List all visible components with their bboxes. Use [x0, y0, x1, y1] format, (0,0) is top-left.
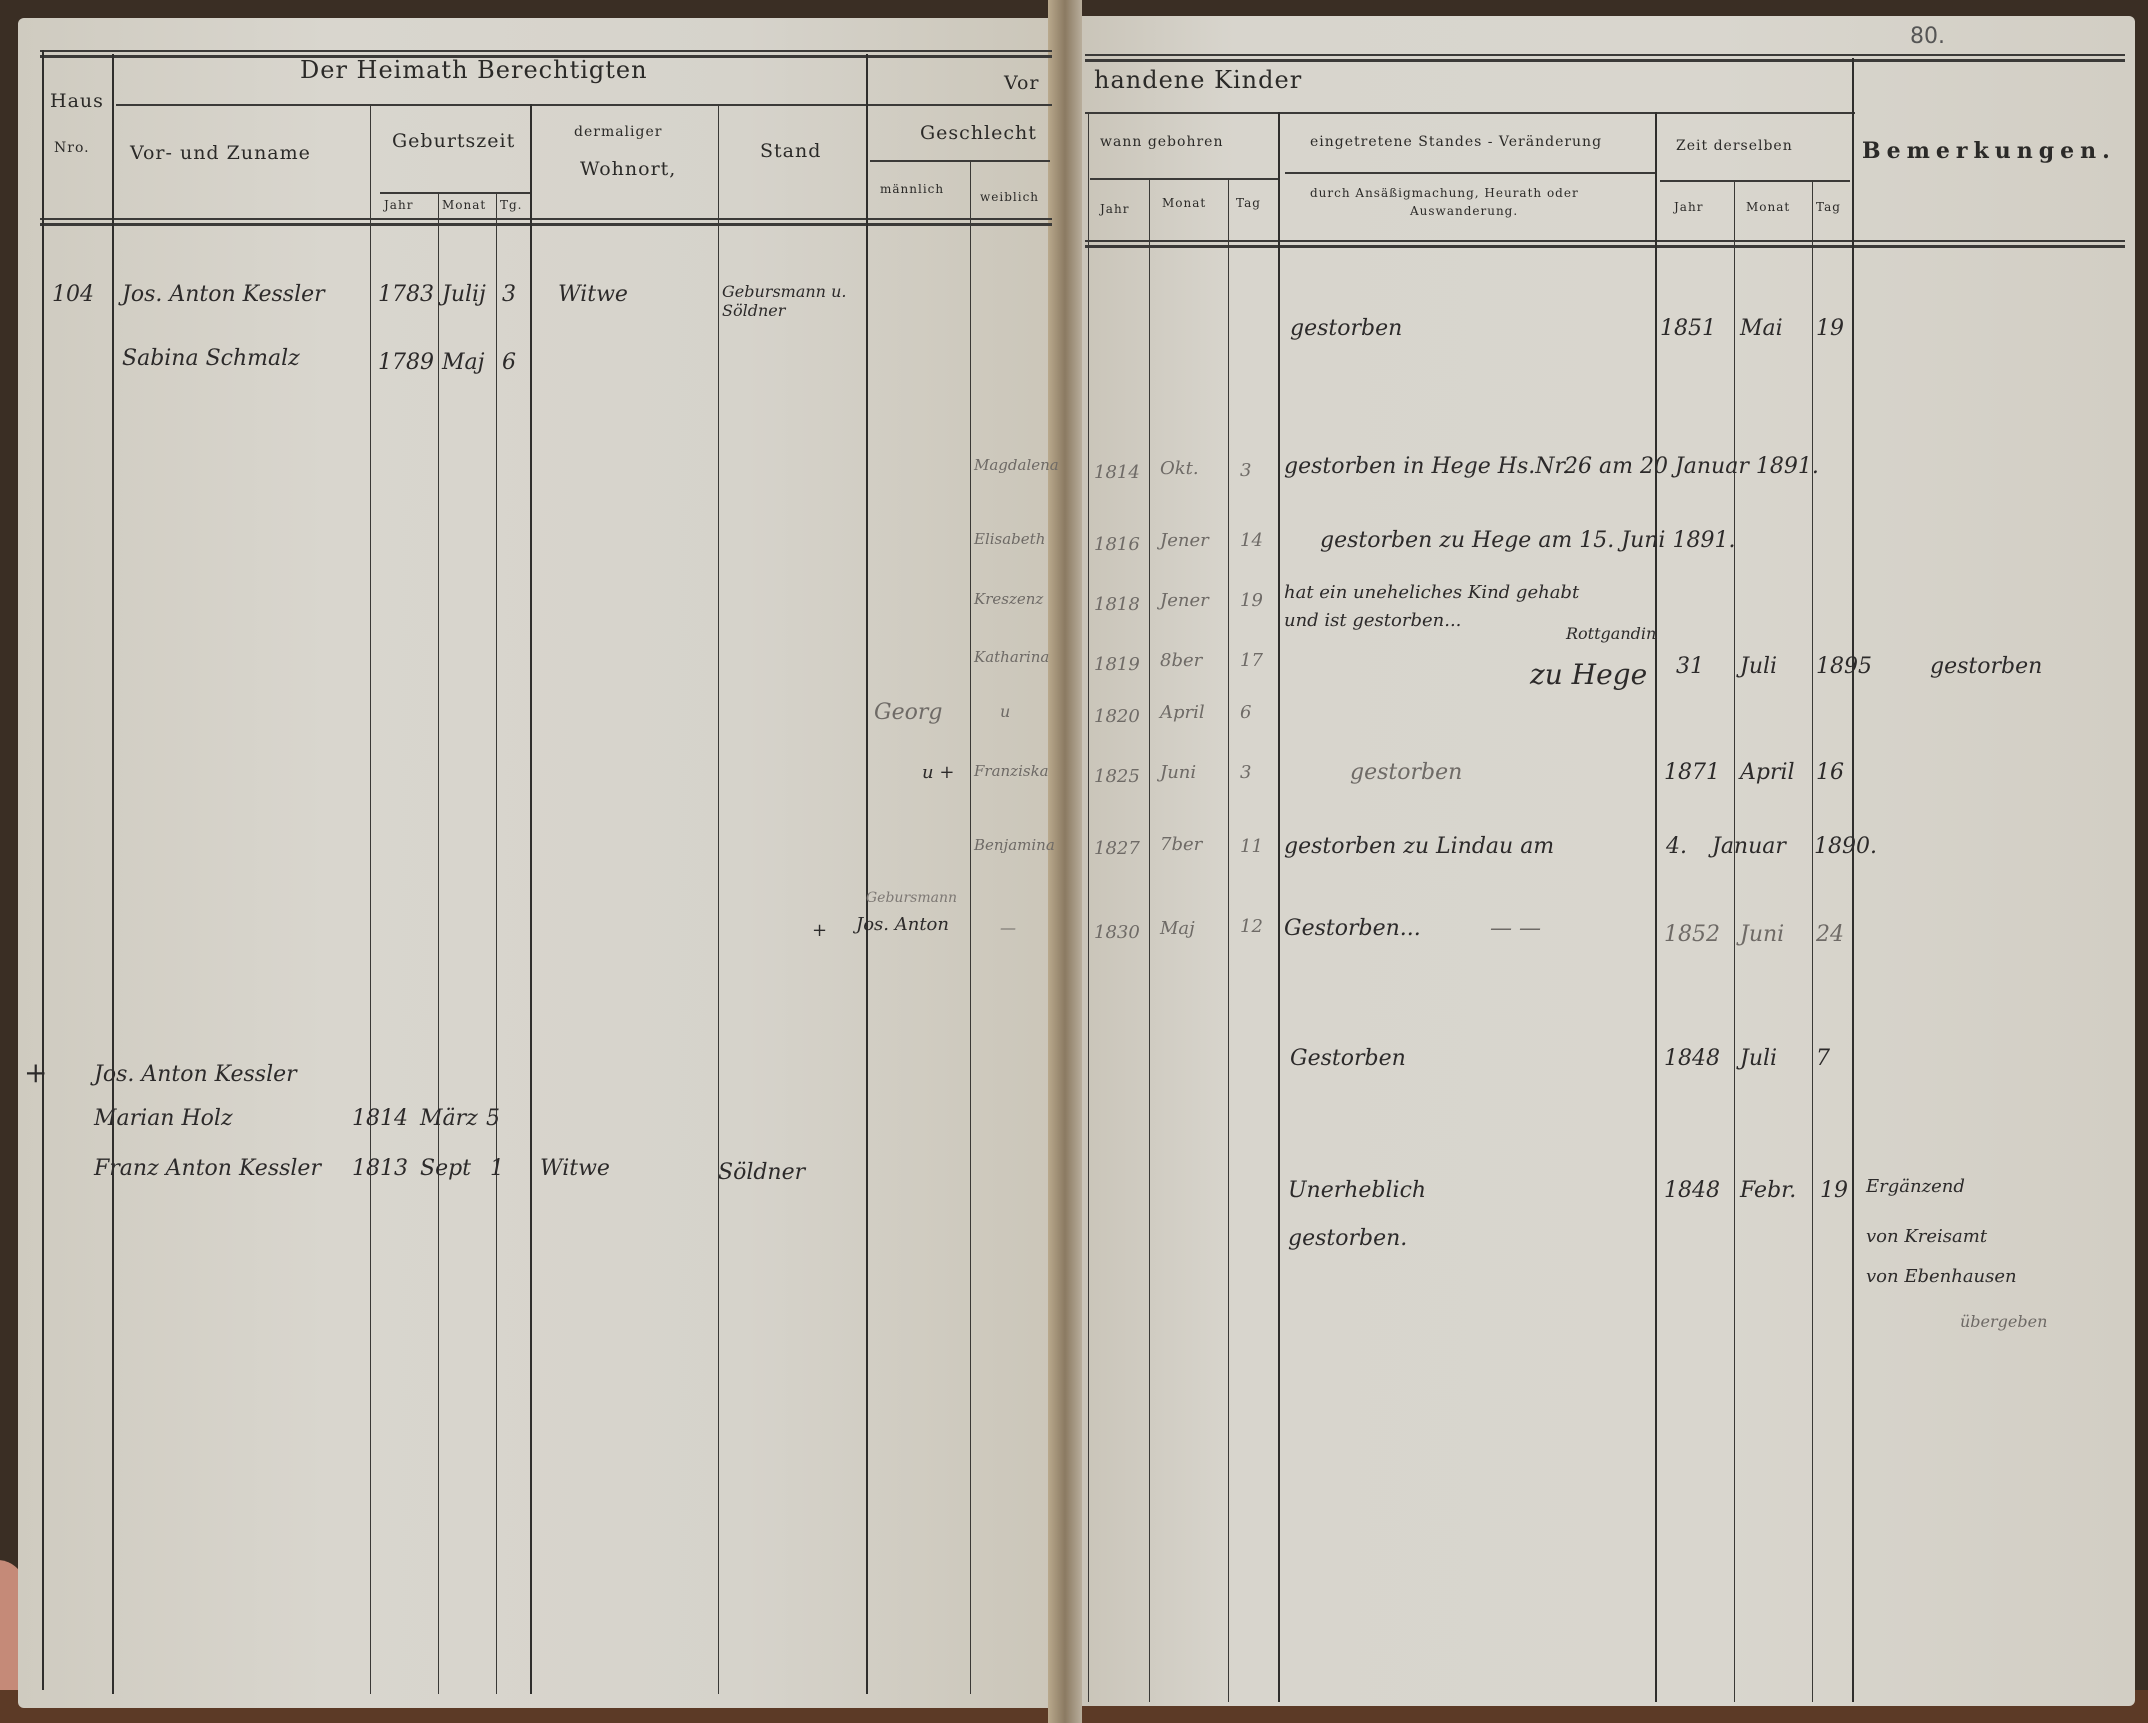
entry-day: 5: [486, 1106, 500, 1131]
header-change: eingetretene Standes - Veränderung: [1310, 134, 1602, 150]
entry-year: 1783: [378, 282, 434, 307]
entry-change: gestorben: [1290, 316, 1402, 341]
child-change-month: Januar: [1712, 834, 1786, 859]
entry-name: Franz Anton Kessler: [94, 1156, 321, 1181]
child-day: 6: [1240, 702, 1251, 723]
child-month: Jener: [1160, 590, 1209, 611]
child-female: Elisabeth: [974, 530, 1045, 548]
col-line: [1852, 58, 1854, 1702]
child-change-dashes: — —: [1490, 916, 1541, 941]
top-rule-left: [40, 50, 1052, 52]
header-name: Vor- und Zuname: [130, 142, 311, 164]
child-male: Jos. Anton: [856, 914, 949, 935]
col-line: [1734, 180, 1735, 1702]
child-day: 17: [1240, 650, 1263, 671]
header-nro: Nro.: [54, 140, 90, 156]
header-gender-female: weiblich: [980, 190, 1039, 204]
header-bottom-rule-right: [1085, 240, 2125, 242]
entry-year: 1814: [352, 1106, 408, 1131]
header-time: Zeit derselben: [1676, 138, 1793, 154]
col-line: [1278, 112, 1280, 1702]
entry-status: Gebursmann u. Söldner: [722, 282, 852, 320]
child-month: 7ber: [1160, 834, 1202, 855]
child-year: 1819: [1094, 654, 1140, 675]
col-line: [1088, 112, 1089, 1702]
child-change-year: 1852: [1664, 922, 1720, 947]
child-change-year: 1871: [1664, 760, 1720, 785]
child-change-tail: gestorben: [1930, 654, 2042, 679]
book-gutter: [1048, 0, 1082, 1723]
entry-change: Gestorben: [1290, 1046, 1406, 1071]
entry-year: 1813: [352, 1156, 408, 1181]
col-line: [1228, 178, 1229, 1702]
entry-month: März: [420, 1106, 478, 1131]
child-change-year: 1895: [1816, 654, 1872, 679]
child-male: Georg: [874, 700, 942, 725]
entry-name: Jos. Anton Kessler: [94, 1062, 297, 1087]
entry-day: 3: [502, 282, 516, 307]
child-change-month: Juli: [1740, 654, 1777, 679]
header-birth-year: Jahr: [384, 198, 413, 212]
right-page: [1075, 16, 2135, 1706]
col-line: [1149, 178, 1150, 1702]
header-bottom-rule-left: [40, 218, 1052, 220]
col-line: [866, 54, 868, 1694]
child-change-line2: und ist gestorben...: [1284, 610, 1461, 631]
col-line: [370, 104, 371, 1694]
entry-month: Maj: [442, 350, 484, 375]
child-month: April: [1160, 702, 1205, 723]
subheader-rule-left: [116, 104, 1052, 106]
child-day: 12: [1240, 916, 1263, 937]
header-time-year: Jahr: [1674, 200, 1703, 214]
born-sub-rule: [1090, 178, 1280, 180]
entry-name: Sabina Schmalz: [122, 346, 300, 371]
header-birth-day: Tg.: [500, 198, 523, 212]
header-born-day: Tag: [1236, 196, 1261, 210]
col-line: [438, 194, 439, 1694]
child-marker: +: [812, 920, 827, 941]
entry-change-month: Febr.: [1740, 1178, 1796, 1203]
child-change: gestorben: [1350, 760, 1462, 785]
col-line: [970, 160, 971, 1694]
header-haus: Haus: [50, 90, 104, 112]
child-change-day: 16: [1816, 760, 1844, 785]
child-year: 1830: [1094, 922, 1140, 943]
child-female: Kreszenz: [974, 590, 1043, 608]
subheader-rule-right: [1085, 112, 1855, 114]
child-change-day: 4.: [1666, 834, 1687, 859]
left-page: [18, 18, 1058, 1708]
child-female: Franziska: [974, 762, 1049, 780]
entry-year: 1789: [378, 350, 434, 375]
entry-name: Jos. Anton Kessler: [122, 282, 325, 307]
entry-haus-cross: +: [24, 1056, 47, 1089]
entry-change-line2: gestorben.: [1288, 1226, 1407, 1251]
child-change: gestorben zu Lindau am: [1284, 834, 1554, 859]
entry-change-month: Juli: [1740, 1046, 1777, 1071]
child-change: Gestorben...: [1284, 916, 1421, 941]
entry-remark: von Ebenhausen: [1866, 1266, 2017, 1287]
child-month: Jener: [1160, 530, 1209, 551]
change-sub-rule: [1285, 172, 1655, 174]
entry-name: Marian Holz: [94, 1106, 233, 1131]
child-change-place: zu Hege: [1530, 658, 1647, 691]
child-change-year: 1890.: [1814, 834, 1877, 859]
child-day: 14: [1240, 530, 1263, 551]
child-month: Maj: [1160, 918, 1195, 939]
child-male-note: Gebursmann: [866, 890, 957, 906]
child-change-extra: 26 am 20 Januar 1891.: [1564, 454, 1819, 479]
col-line: [112, 54, 114, 1694]
header-born: wann gebohren: [1100, 134, 1223, 150]
header-residence-2: Wohnort,: [580, 158, 676, 180]
entry-remark: von Kreisamt: [1866, 1226, 1987, 1247]
child-month: 8ber: [1160, 650, 1202, 671]
child-day: 3: [1240, 762, 1251, 783]
header-birth: Geburtszeit: [392, 130, 515, 152]
child-change-month: April: [1740, 760, 1795, 785]
entry-change-year: 1851: [1660, 316, 1716, 341]
time-sub-rule: [1660, 180, 1850, 182]
child-day: 11: [1240, 836, 1263, 857]
page-number: 80.: [1910, 24, 1945, 49]
entry-change-year: 1848: [1664, 1178, 1720, 1203]
header-status: Stand: [760, 140, 821, 162]
gender-sub-rule: [870, 160, 1050, 162]
entry-day: 6: [502, 350, 516, 375]
entry-month: Julij: [442, 282, 486, 307]
header-born-month: Monat: [1162, 196, 1206, 210]
entry-haus: 104: [52, 282, 94, 307]
child-change-day: 24: [1816, 922, 1844, 947]
child-year: 1818: [1094, 594, 1140, 615]
entry-change-day: 19: [1816, 316, 1844, 341]
header-gender-male: männlich: [880, 182, 944, 196]
birth-sub-rule: [380, 192, 530, 194]
child-female: Katharina: [974, 648, 1049, 666]
child-change: gestorben zu Hege am 15. Juni 1891.: [1320, 528, 1735, 553]
header-change-sub-2: Auswanderung.: [1410, 204, 1518, 218]
child-year: 1827: [1094, 838, 1140, 859]
entry-day: 1: [490, 1156, 504, 1181]
entry-change-year: 1848: [1664, 1046, 1720, 1071]
entry-residence: Witwe: [558, 282, 628, 307]
col-line: [42, 50, 44, 1690]
entry-status: Söldner: [718, 1160, 805, 1185]
entry-change-month: Mai: [1740, 316, 1783, 341]
child-change-day: 31: [1676, 654, 1704, 679]
child-female: Benjamina: [974, 836, 1055, 854]
child-change-month: Juni: [1740, 922, 1784, 947]
col-line: [1655, 112, 1657, 1702]
header-group-left-title: Der Heimath Berechtigten: [300, 56, 648, 84]
child-year: 1820: [1094, 706, 1140, 727]
child-female: Magdalena: [974, 456, 1059, 474]
child-year: 1814: [1094, 462, 1140, 483]
child-female: u: [1000, 702, 1010, 721]
child-month: Okt.: [1160, 458, 1199, 479]
entry-remark: übergeben: [1960, 1312, 2047, 1331]
header-born-year: Jahr: [1100, 202, 1129, 216]
child-year: 1825: [1094, 766, 1140, 787]
col-line: [1812, 180, 1813, 1702]
child-year: 1816: [1094, 534, 1140, 555]
child-change-note: Rottgandin: [1566, 624, 1656, 643]
header-group-right-part2: handene Kinder: [1094, 66, 1302, 94]
col-line: [530, 104, 532, 1694]
top-rule-right: [1085, 54, 2125, 56]
header-time-month: Monat: [1746, 200, 1790, 214]
header-birth-month: Monat: [442, 198, 486, 212]
entry-residence: Witwe: [540, 1156, 610, 1181]
entry-change: Unerheblich: [1288, 1178, 1426, 1203]
child-day: 3: [1240, 460, 1251, 481]
entry-change-day: 7: [1816, 1046, 1830, 1071]
entry-change-day: 19: [1820, 1178, 1848, 1203]
header-group-right-part1: Vor: [1004, 72, 1040, 94]
header-change-sub-1: durch Ansäßigmachung, Heurath oder: [1310, 186, 1579, 200]
header-remarks: Bemerkungen.: [1862, 138, 2116, 164]
header-time-day: Tag: [1816, 200, 1841, 214]
child-month: Juni: [1160, 762, 1196, 783]
child-change: hat ein uneheliches Kind gehabt: [1284, 582, 1579, 603]
child-day: 19: [1240, 590, 1263, 611]
header-gender: Geschlecht: [920, 122, 1037, 144]
child-male: u +: [922, 762, 954, 783]
child-change: gestorben in Hege Hs.Nr.: [1284, 454, 1570, 479]
col-line: [718, 104, 719, 1694]
header-residence-1: dermaliger: [574, 124, 662, 140]
entry-month: Sept: [420, 1156, 471, 1181]
entry-remark: Ergänzend: [1866, 1176, 1965, 1197]
col-line: [496, 194, 497, 1694]
child-female: —: [1000, 918, 1016, 937]
